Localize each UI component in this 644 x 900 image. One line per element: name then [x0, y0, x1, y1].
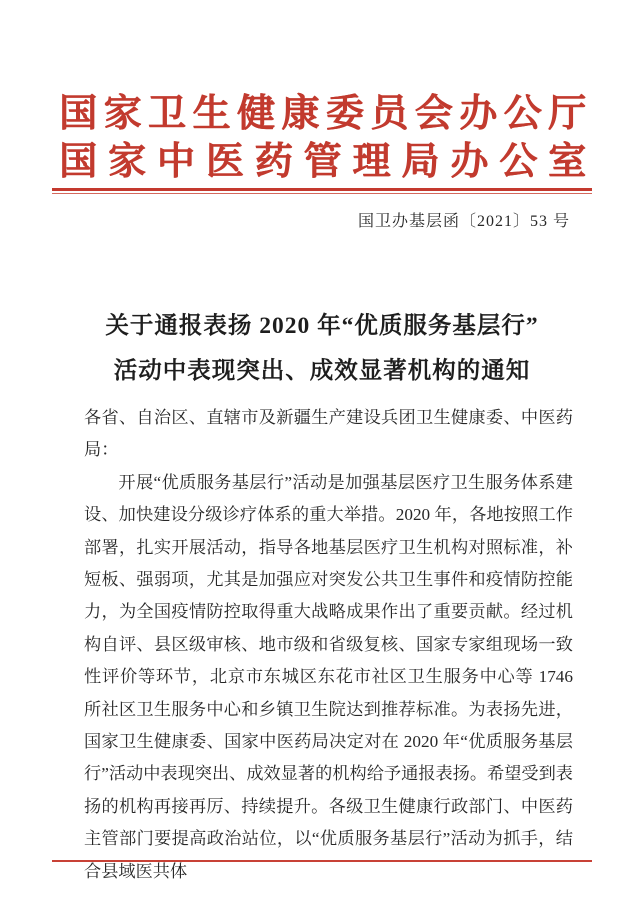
document-title: 关于通报表扬 2020 年“优质服务基层行” 活动中表现突出、成效显著机构的通知 — [0, 304, 644, 394]
agency-name-line1: 国家卫生健康委员会办公厅 — [59, 90, 586, 138]
page-footer-rule — [52, 860, 592, 862]
salutation-line: 各省、自治区、直辖市及新疆生产建设兵团卫生健康委、中医药局： — [84, 402, 573, 467]
document-page: 国家卫生健康委员会办公厅 国家中医药管理局办公室 国卫办基层函〔2021〕53 … — [0, 0, 644, 900]
letterhead-divider-rule — [52, 188, 592, 194]
agency-name-line2: 国家中医药管理局办公室 — [59, 138, 586, 186]
document-reference-number: 国卫办基层函〔2021〕53 号 — [358, 208, 570, 231]
issuing-agency-letterhead: 国家卫生健康委员会办公厅 国家中医药管理局办公室 — [59, 90, 586, 186]
document-title-line2: 活动中表现突出、成效显著机构的通知 — [0, 349, 644, 394]
document-body: 各省、自治区、直辖市及新疆生产建设兵团卫生健康委、中医药局： 开展“优质服务基层… — [84, 402, 573, 888]
body-paragraph: 开展“优质服务基层行”活动是加强基层医疗卫生服务体系建设、加快建设分级诊疗体系的… — [84, 467, 573, 888]
document-title-line1: 关于通报表扬 2020 年“优质服务基层行” — [0, 304, 644, 349]
